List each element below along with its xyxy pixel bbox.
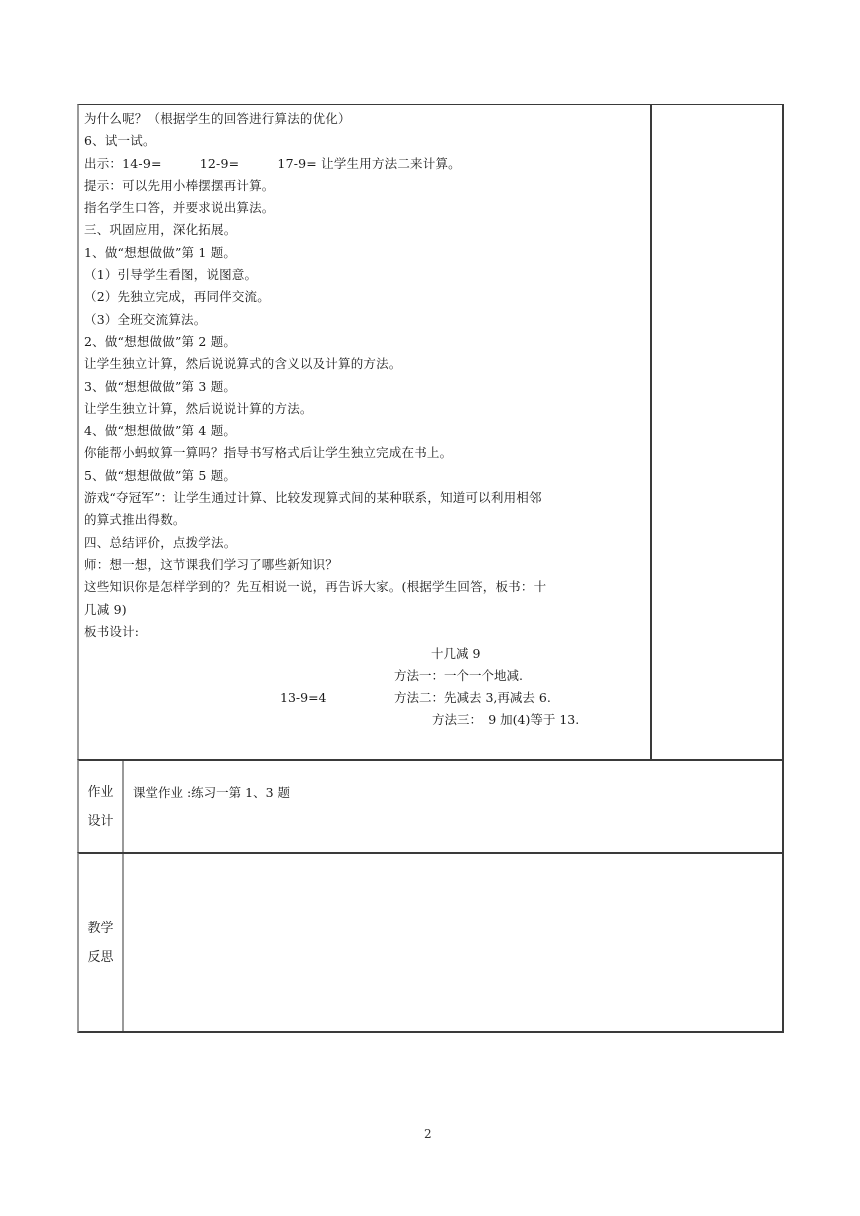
section-heading: 四、总结评价，点拨学法。: [84, 532, 650, 554]
lesson-content-cell: 为什么呢？（根据学生的回答进行算法的优化） 6、试一试。 出示：14-9= 12…: [79, 105, 652, 759]
text-line: 为什么呢？（根据学生的回答进行算法的优化）: [84, 108, 650, 130]
text-line: 游戏“夺冠军”：让学生通过计算、比较发现算式间的某种联系，知道可以利用相邻: [84, 487, 650, 509]
text-line: 几减 9): [84, 599, 650, 621]
homework-label-line2: 设计: [87, 807, 113, 836]
text-line: 让学生独立计算，然后说说计算的方法。: [84, 398, 650, 420]
text-line: 指名学生口答，并要求说出算法。: [84, 197, 650, 219]
text-line: 5、做“想想做做”第 5 题。: [84, 465, 650, 487]
text-line: （3）全班交流算法。: [84, 309, 650, 331]
reflection-label-line1: 教学: [87, 914, 113, 943]
board-design: 十几减 9 方法一：一个一个地减. 13-9=4 方法二：先减去 3,再减去 6…: [84, 643, 650, 738]
board-equation: 13-9=4: [280, 687, 327, 709]
board-title: 十几减 9: [431, 643, 480, 665]
text-line: 3、做“想想做做”第 3 题。: [84, 376, 650, 398]
homework-content: 课堂作业 :练习一第 1、3 题: [133, 785, 290, 800]
text-line: 2、做“想想做做”第 2 题。: [84, 331, 650, 353]
homework-label-line1: 作业: [87, 778, 113, 807]
board-method-1: 方法一：一个一个地减.: [394, 665, 523, 687]
text-line: 4、做“想想做做”第 4 题。: [84, 420, 650, 442]
text-line: 这些知识你是怎样学到的？先互相说一说，再告诉大家。(根据学生回答，板书：十: [84, 576, 650, 598]
text-line: 出示：14-9= 12-9= 17-9= 让学生用方法二来计算。: [84, 153, 650, 175]
reflection-label-line2: 反思: [87, 943, 113, 972]
section-heading: 三、巩固应用，深化拓展。: [84, 219, 650, 241]
text-line: 1、做“想想做做”第 1 题。: [84, 242, 650, 264]
text-line: 提示：可以先用小棒摆摆再计算。: [84, 175, 650, 197]
teaching-reflection-row: 教学 反思: [77, 852, 784, 1033]
text-line: （2）先独立完成，再同伴交流。: [84, 286, 650, 308]
homework-label-cell: 作业 设计: [79, 761, 124, 852]
text-line: 让学生独立计算，然后说说算式的含义以及计算的方法。: [84, 353, 650, 375]
text-line: （1）引导学生看图，说图意。: [84, 264, 650, 286]
lesson-process-row: 为什么呢？（根据学生的回答进行算法的优化） 6、试一试。 出示：14-9= 12…: [77, 104, 784, 759]
reflection-label-cell: 教学 反思: [79, 854, 124, 1031]
text-line: 师：想一想，这节课我们学习了哪些新知识？: [84, 554, 650, 576]
side-notes-cell: [652, 105, 782, 759]
document-page: 为什么呢？（根据学生的回答进行算法的优化） 6、试一试。 出示：14-9= 12…: [0, 0, 860, 1216]
reflection-content-cell: [124, 854, 782, 1031]
homework-content-cell: 课堂作业 :练习一第 1、3 题: [124, 761, 782, 852]
page-number: 2: [424, 1127, 432, 1141]
text-line: 板书设计:: [84, 621, 650, 643]
board-method-2: 方法二：先减去 3,再减去 6.: [394, 687, 551, 709]
text-line: 6、试一试。: [84, 130, 650, 152]
homework-design-row: 作业 设计 课堂作业 :练习一第 1、3 题: [77, 759, 784, 852]
text-line: 的算式推出得数。: [84, 509, 650, 531]
text-line: 你能帮小蚂蚁算一算吗？指导书写格式后让学生独立完成在书上。: [84, 442, 650, 464]
board-method-3: 方法三： 9 加(4)等于 13.: [432, 709, 579, 731]
